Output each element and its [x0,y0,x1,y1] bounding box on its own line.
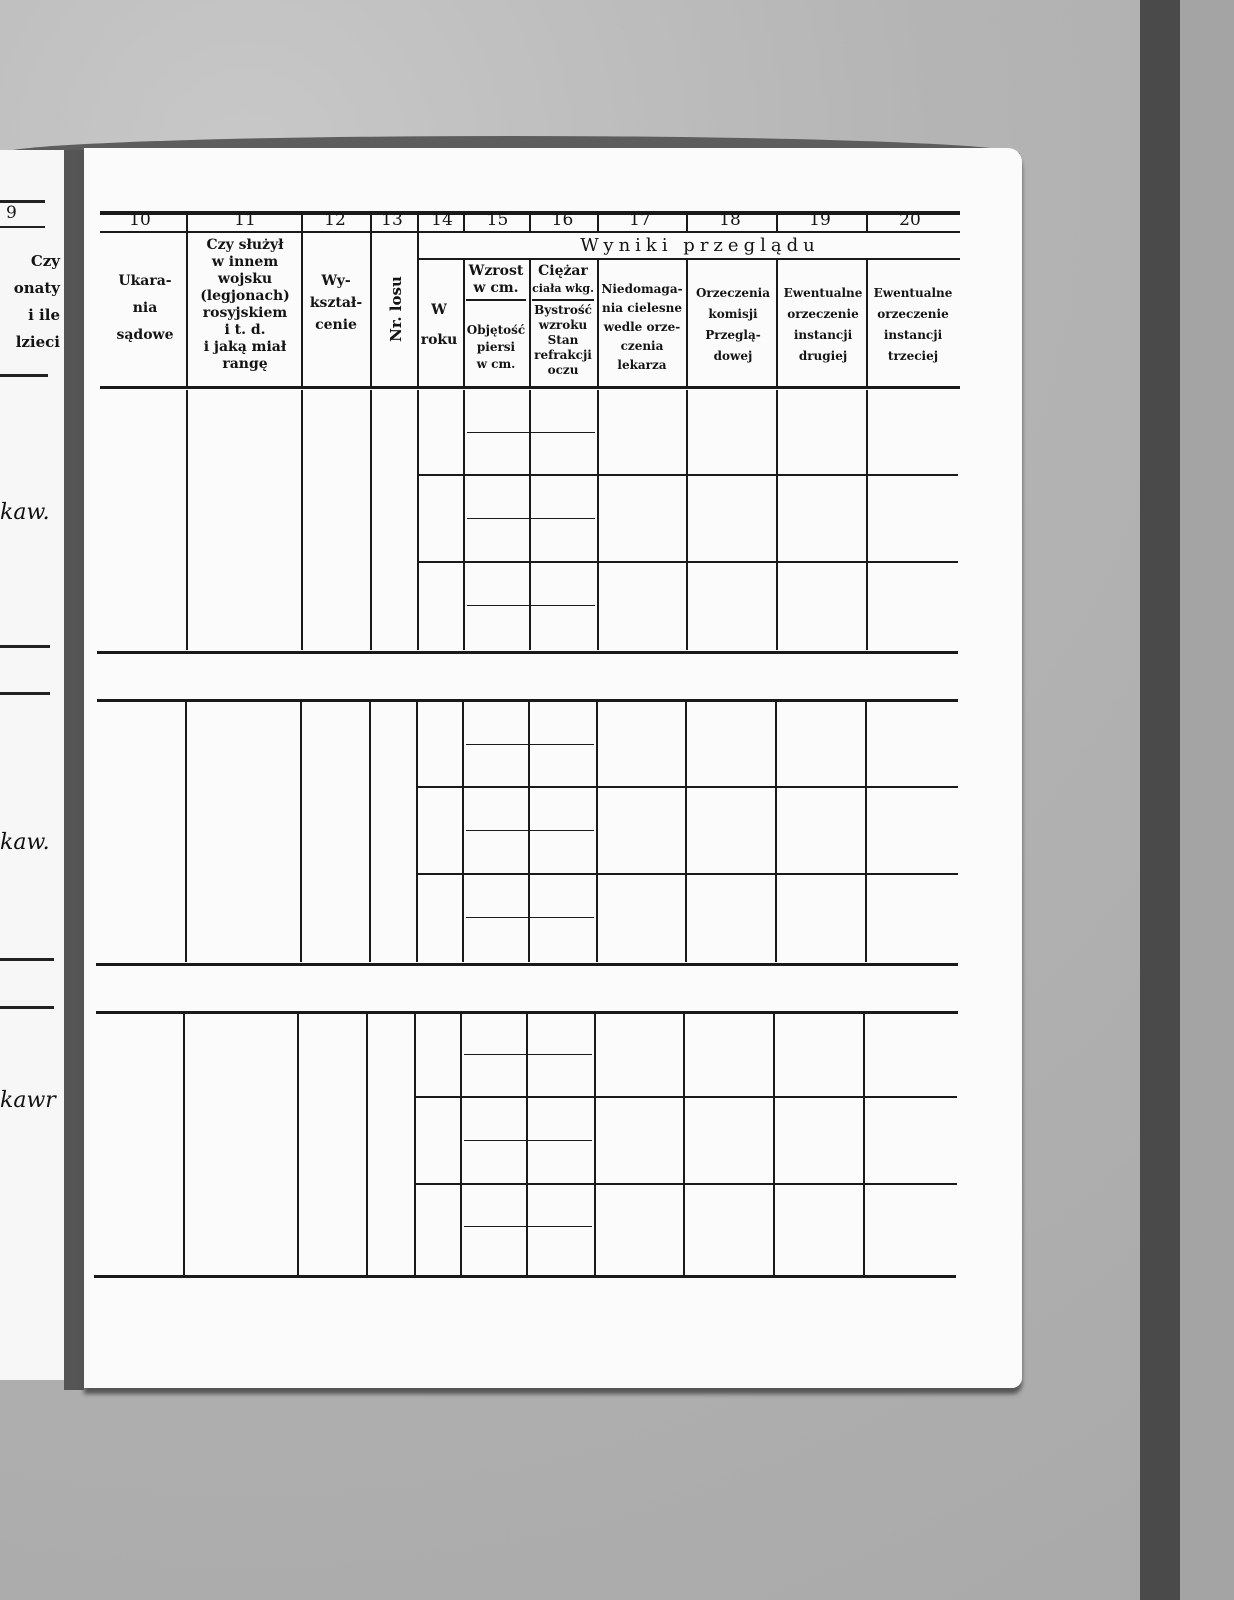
column-divider [775,702,777,962]
header-line: cenie [302,314,370,336]
column-divider [686,215,688,233]
block-bottom-rule [97,651,958,654]
column-header-17: Niedomaga- nia cielesne wedle orze- czen… [598,280,686,375]
column-divider [866,390,868,650]
handwritten-entry: kaw. [0,830,50,855]
header-line: w innem [188,254,302,271]
half-row-rule [467,518,595,519]
left-page-rule [0,226,45,228]
header-line: w cm. [464,280,528,297]
left-column-number: 9 [6,203,17,223]
subheader-rule [466,299,526,301]
column-divider [866,260,868,387]
header-line: Wy- [302,270,370,292]
header-line: (legjonach) [188,288,302,305]
column-header-15-top: Wzrost w cm. [464,263,528,297]
column-divider [528,702,530,962]
subheader-rule [532,299,594,301]
column-divider [597,260,599,387]
left-page-rule [0,958,54,961]
half-row-rule [466,830,594,831]
subrow-rule [415,1096,957,1098]
header-line: W [418,295,460,325]
header-line: komisji [688,304,778,325]
column-divider [417,215,419,387]
column-header-12: Wy- kształ- cenie [302,270,370,336]
header-line: i ile [0,302,60,329]
header-line: i t. d. [188,322,302,339]
header-line: wzroku [530,318,596,333]
column-divider [594,1014,596,1276]
handwritten-entry: kawr [0,1088,56,1113]
header-line: Bystrość [530,303,596,318]
handwritten-entry: kaw. [0,500,50,525]
half-row-rule [466,917,594,918]
subrow-rule [418,561,958,563]
header-line: wojsku [188,271,302,288]
column-divider [416,702,418,962]
block-bottom-rule [94,1275,956,1278]
header-line: drugiej [778,346,868,367]
header-line: Czy [0,248,60,275]
column-divider [186,215,188,387]
column-divider [183,1014,185,1276]
group-header-rule [418,258,960,260]
column-header-11: Czy służył w innem wojsku (legjonach) ro… [188,237,302,373]
header-line: Ciężar [530,263,596,280]
header-line: rangę [188,356,302,373]
column-number-12: 12 [305,210,365,230]
column-header-15-bottom: Objętość piersi w cm. [464,322,528,373]
column-header-13: Nr. losu [387,276,405,342]
column-divider [414,1014,416,1276]
column-header-14: W roku [418,295,460,355]
column-divider [370,215,372,387]
column-divider [463,260,465,387]
column-divider [597,215,599,233]
column-divider [301,390,303,650]
header-line: oczu [530,363,596,378]
half-row-rule [467,605,595,606]
half-row-rule [467,432,595,433]
header-line: lekarza [598,356,686,375]
header-line: nia [105,295,185,322]
header-line: trzeciej [868,346,958,367]
column-number-10: 10 [110,210,170,230]
column-divider [369,702,371,962]
column-number-15: 15 [470,210,525,230]
column-divider [776,260,778,387]
left-page-rule [0,374,48,377]
header-line: Stan [530,333,596,348]
subrow-rule [418,474,958,476]
header-line: Czy służył [188,237,302,254]
column-divider [301,215,303,387]
header-line: ciała wkg. [530,280,596,297]
scanner-edge [1180,0,1234,1600]
column-divider [529,215,531,233]
column-header-10: Ukara- nia sądowe [105,268,185,349]
column-number-17: 17 [605,210,675,230]
half-row-rule [464,1226,592,1227]
header-line: czenia [598,337,686,356]
header-line: w cm. [464,356,528,373]
header-line: orzeczenie [868,304,958,325]
column-divider [186,390,188,650]
column-divider [463,215,465,233]
block-bottom-rule [96,963,958,966]
header-line: Ewentualne [778,283,868,304]
column-divider [185,702,187,962]
column-number-20: 20 [875,210,945,230]
column-divider [300,702,302,962]
header-line: refrakcji [530,348,596,363]
column-header-20: Ewentualne orzeczenie instancji trzeciej [868,283,958,367]
column-divider [866,215,868,233]
left-column-header: Czy onaty i ile lzieci [0,248,60,356]
header-line: Niedomaga- [598,280,686,299]
header-line: Wzrost [464,263,528,280]
column-divider [370,390,372,650]
header-line: onaty [0,275,60,302]
column-divider [773,1014,775,1276]
column-divider [529,260,531,387]
column-divider [686,260,688,387]
half-row-rule [464,1140,592,1141]
column-divider [463,390,465,650]
half-row-rule [466,744,594,745]
header-line: rosyjskiem [188,305,302,322]
header-line: wedle orze- [598,318,686,337]
column-divider [366,1014,368,1276]
column-divider [683,1014,685,1276]
column-divider [776,215,778,233]
header-line: lzieci [0,329,60,356]
header-line: piersi [464,339,528,356]
half-row-rule [464,1054,592,1055]
header-line: i jaką miał [188,339,302,356]
header-line: dowej [688,346,778,367]
header-line: instancji [868,325,958,346]
group-header-wyniki: Wyniki przeglądu [460,235,940,256]
column-header-16-bottom: Bystrość wzroku Stan refrakcji oczu [530,303,596,378]
column-number-14: 14 [422,210,462,230]
book-gutter [64,150,84,1390]
column-divider [529,390,531,650]
column-divider [865,702,867,962]
subrow-rule [417,873,958,875]
header-line: nia cielesne [598,299,686,318]
column-header-16-top: Ciężar ciała wkg. [530,263,596,297]
column-number-13: 13 [372,210,412,230]
header-line: Ukara- [105,268,185,295]
scanner-shadow-band [1140,0,1180,1600]
column-number-19: 19 [785,210,855,230]
left-page-rule [0,645,50,648]
column-divider [596,702,598,962]
left-page-rule [0,692,50,695]
column-divider [417,390,419,650]
header-line: sądowe [105,322,185,349]
header-line: Ewentualne [868,283,958,304]
header-line: instancji [778,325,868,346]
column-header-19: Ewentualne orzeczenie instancji drugiej [778,283,868,367]
column-divider [685,702,687,962]
column-number-16: 16 [535,210,590,230]
column-divider [460,1014,462,1276]
header-line: Objętość [464,322,528,339]
column-number-11: 11 [200,210,290,230]
left-page-rule [0,1006,54,1009]
column-divider [686,390,688,650]
subrow-rule [417,786,958,788]
column-divider [462,702,464,962]
column-divider [776,390,778,650]
column-number-18: 18 [695,210,765,230]
header-line: Orzeczenia [688,283,778,304]
subrow-rule [415,1183,957,1185]
header-line: kształ- [302,292,370,314]
header-line: roku [418,325,460,355]
column-divider [863,1014,865,1276]
header-line: orzeczenie [778,304,868,325]
column-header-18: Orzeczenia komisji Przeglą- dowej [688,283,778,367]
header-line: Przeglą- [688,325,778,346]
column-divider [297,1014,299,1276]
column-divider [597,390,599,650]
